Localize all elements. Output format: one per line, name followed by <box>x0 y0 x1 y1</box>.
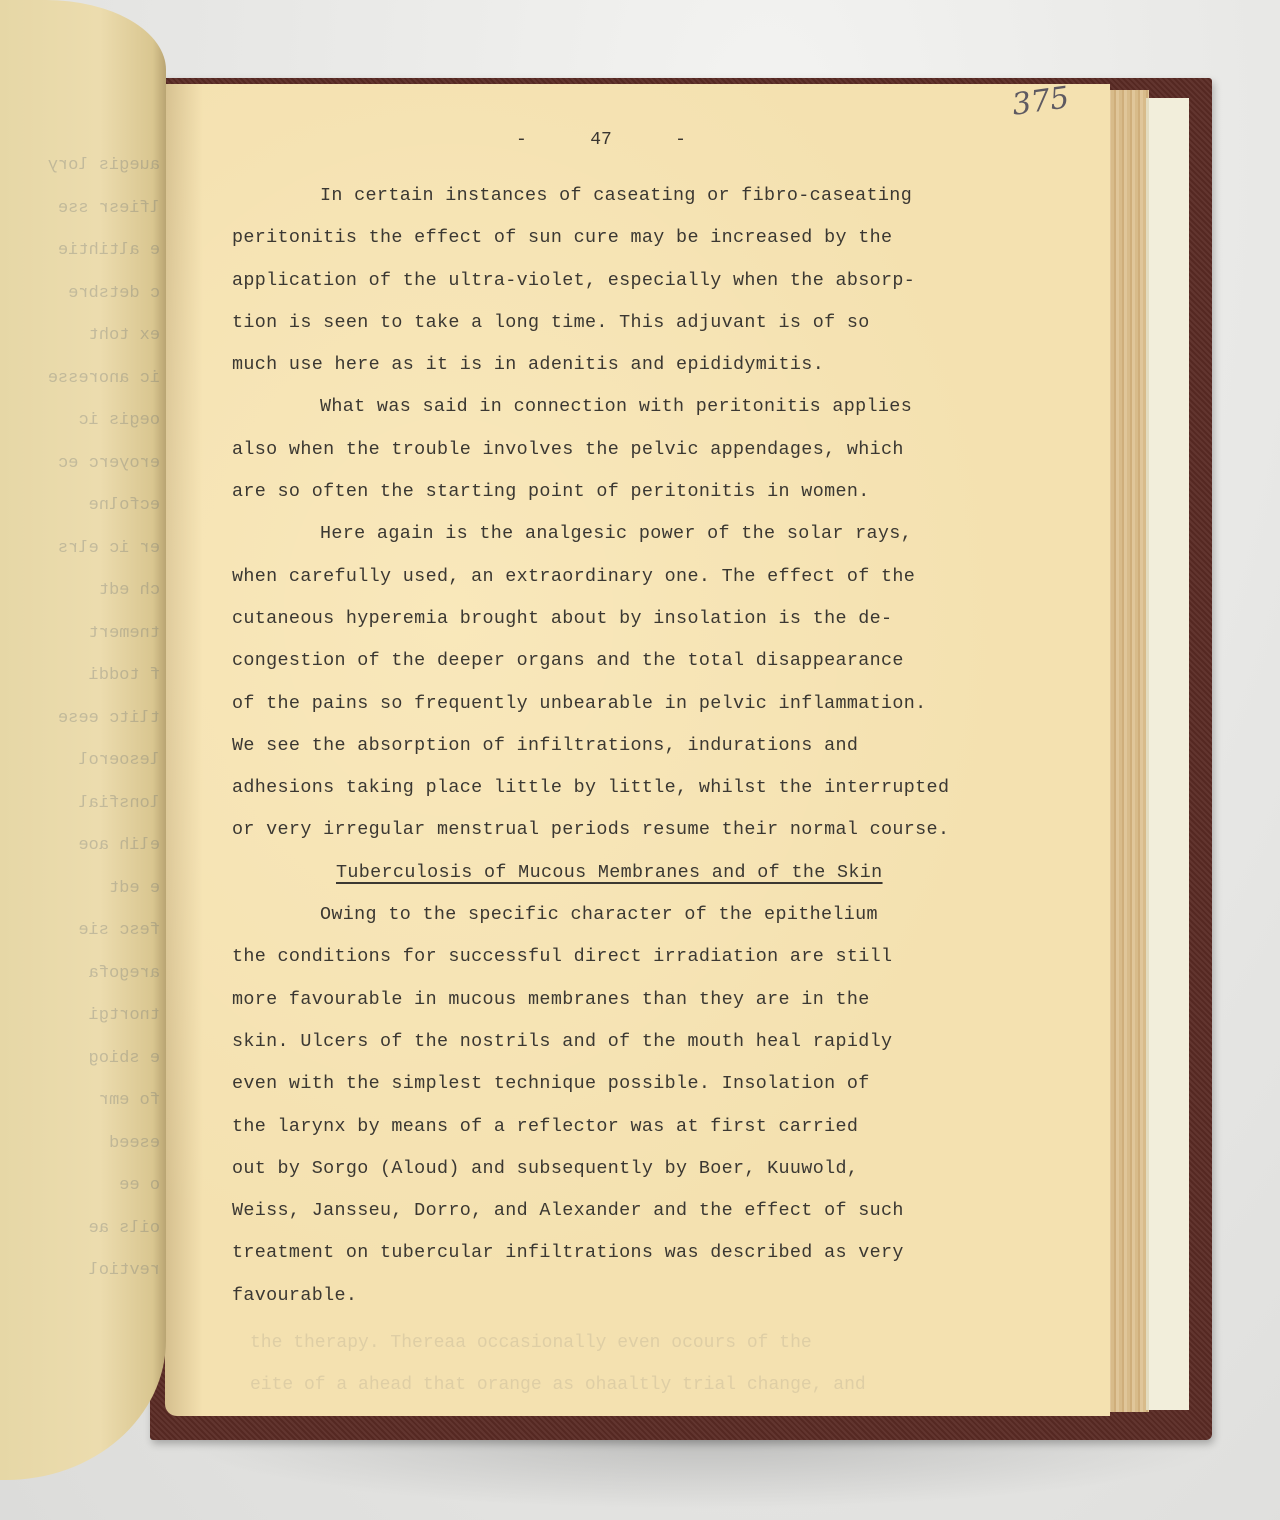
section-heading: Tuberculosis of Mucous Membranes and of … <box>232 862 1032 904</box>
bleed-through-text: auegis lory lfiesr sse e altihtie c dets… <box>0 145 160 1293</box>
paragraph-line: much use here as it is in adenitis and e… <box>232 354 1032 396</box>
paragraph-line: the conditions for successful direct irr… <box>232 946 1032 988</box>
paragraph-line: application of the ultra-violet, especia… <box>232 270 1032 312</box>
paragraph-line: In certain instances of caseating or fib… <box>232 185 1032 227</box>
paragraph-line: skin. Ulcers of the nostrils and of the … <box>232 1031 1032 1073</box>
paragraph-line: when carefully used, an extraordinary on… <box>232 566 1032 608</box>
paragraph-line: What was said in connection with periton… <box>232 396 1032 438</box>
paragraph-line: or very irregular menstrual periods resu… <box>232 819 1032 861</box>
paragraph-line: of the pains so frequently unbearable in… <box>232 693 1032 735</box>
left-page-curl: auegis lory lfiesr sse e altihtie c dets… <box>0 0 166 1480</box>
body-text: In certain instances of caseating or fib… <box>232 185 1032 1327</box>
paragraph-line: out by Sorgo (Aloud) and subsequently by… <box>232 1158 1032 1200</box>
paragraph-line: Weiss, Jansseu, Dorro, and Alexander and… <box>232 1200 1032 1242</box>
paragraph-line: more favourable in mucous membranes than… <box>232 989 1032 1031</box>
paragraph-line: Owing to the specific character of the e… <box>232 904 1032 946</box>
page-number-value: 47 <box>590 130 612 150</box>
paragraph-line: favourable. <box>232 1285 1032 1327</box>
paragraph-line: Here again is the analgesic power of the… <box>232 523 1032 565</box>
paragraph-line: peritonitis the effect of sun cure may b… <box>232 227 1032 269</box>
paragraph-line: also when the trouble involves the pelvi… <box>232 439 1032 481</box>
page-number-dash-right: - <box>675 130 686 150</box>
paragraph-line: the larynx by means of a reflector was a… <box>232 1116 1032 1158</box>
page-number: - 47 - <box>516 130 686 150</box>
paragraph-line: are so often the starting point of perit… <box>232 481 1032 523</box>
paragraph-line: treatment on tubercular infiltrations wa… <box>232 1242 1032 1284</box>
endpaper <box>1146 98 1189 1410</box>
paragraph-line: congestion of the deeper organs and the … <box>232 650 1032 692</box>
paragraph-line: tion is seen to take a long time. This a… <box>232 312 1032 354</box>
paragraph-line: even with the simplest technique possibl… <box>232 1073 1032 1115</box>
page-number-dash-left: - <box>516 130 527 150</box>
bleed-through-text: the therapy. Thereaa occasionally even o… <box>250 1322 1100 1406</box>
paragraph-line: We see the absorption of infiltrations, … <box>232 735 1032 777</box>
paragraph-line: cutaneous hyperemia brought about by ins… <box>232 608 1032 650</box>
paragraph-line: adhesions taking place little by little,… <box>232 777 1032 819</box>
